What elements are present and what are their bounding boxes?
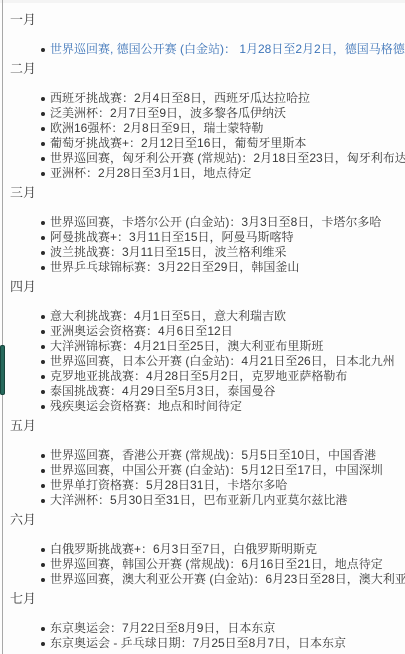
month-section: 七月 东京奥运会：7月22日至8月9日，日本东京 东京奥运会 - 乒乓球日期：7…: [10, 591, 399, 651]
event-item: 波兰挑战赛：3月11日至15日，波兰格利维采: [50, 245, 399, 260]
event-item: 世界巡回赛，中国公开赛 (白金站)：5月12日至17日，中国深圳: [50, 463, 399, 478]
event-list: 世界巡回赛，香港公开赛 (常规战)：5月5日至10日，中国香港 世界巡回赛，中国…: [10, 448, 399, 508]
event-item: 残疾奥运会资格赛：地点和时间待定: [50, 399, 399, 414]
event-text: 阿曼挑战赛+：3月11日至15日，阿曼马斯喀特: [50, 230, 294, 244]
event-text: 亚洲杯：2月28日至3月1日，地点待定: [50, 166, 251, 180]
month-heading: 三月: [10, 185, 399, 200]
event-text: 大洋洲锦标赛：4月21日至25日，澳大利亚布里斯班: [50, 339, 323, 353]
event-text: 世界巡回赛，中国公开赛 (白金站)：5月12日至17日，中国深圳: [50, 463, 383, 477]
event-text: 东京奥运会：7月22日至8月9日，日本东京: [50, 621, 275, 635]
event-text: 克罗地亚挑战赛：4月28日至5月2日，克罗地亚萨格勒布: [50, 369, 347, 383]
event-item: 泛美洲杯：2月7日至9日，波多黎各瓜伊纳沃: [50, 106, 399, 121]
event-text: 世界巡回赛，韩国公开赛 (常规战)：6月16日至21日，地点待定: [50, 557, 383, 571]
month-section: 五月 世界巡回赛，香港公开赛 (常规战)：5月5日至10日，中国香港 世界巡回赛…: [10, 418, 399, 508]
event-item: 阿曼挑战赛+：3月11日至15日，阿曼马斯喀特: [50, 230, 399, 245]
event-item: 世界巡回赛, 德国公开赛 (白金站)： 1月28日至2月2日，德国马格德堡: [50, 42, 399, 57]
event-text: 白俄罗斯挑战赛+：6月3日至7日，白俄罗斯明斯克: [50, 542, 317, 556]
event-item: 世界巡回赛，匈牙利公开赛 (常规站)：2月18日至23日，匈牙利布达佩斯: [50, 151, 399, 166]
month-section: 三月 世界巡回赛，卡塔尔公开 (白金站)：3月3日至8日，卡塔尔多哈 阿曼挑战赛…: [10, 185, 399, 275]
event-item: 意大利挑战赛：4月1日至5日，意大利瑞吉欧: [50, 309, 399, 324]
event-text: 世界巡回赛，香港公开赛 (常规战)：5月5日至10日，中国香港: [50, 448, 376, 462]
event-item: 世界巡回赛，卡塔尔公开 (白金站)：3月3日至8日，卡塔尔多哈: [50, 215, 399, 230]
event-text: 残疾奥运会资格赛：地点和时间待定: [50, 399, 242, 413]
event-text: 世界巡回赛，匈牙利公开赛 (常规站)：2月18日至23日，匈牙利布达佩斯: [50, 151, 405, 165]
month-section: 一月 世界巡回赛, 德国公开赛 (白金站)： 1月28日至2月2日，德国马格德堡: [10, 12, 399, 57]
event-text: 葡萄牙挑战赛+：2月12日至16日，葡萄牙里斯本: [50, 136, 306, 150]
event-item: 白俄罗斯挑战赛+：6月3日至7日，白俄罗斯明斯克: [50, 542, 399, 557]
event-item: 西班牙挑战赛：2月4日至8日，西班牙瓜达拉哈拉: [50, 91, 399, 106]
event-text: 欧洲16强杯：2月8日至9日，瑞士蒙特勒: [50, 121, 263, 135]
event-text: 世界巡回赛，日本公开赛 (白金站)：4月21日至26日，日本北九州: [50, 354, 395, 368]
event-item: 世界单打资格赛：5月28日31日，卡塔尔多哈: [50, 478, 399, 493]
tournament-schedule: 一月 世界巡回赛, 德国公开赛 (白金站)： 1月28日至2月2日，德国马格德堡…: [0, 0, 405, 651]
event-list: 白俄罗斯挑战赛+：6月3日至7日，白俄罗斯明斯克 世界巡回赛，韩国公开赛 (常规…: [10, 542, 399, 587]
month-heading: 七月: [10, 591, 399, 606]
month-heading: 六月: [10, 512, 399, 527]
event-item: 葡萄牙挑战赛+：2月12日至16日，葡萄牙里斯本: [50, 136, 399, 151]
event-list: 西班牙挑战赛：2月4日至8日，西班牙瓜达拉哈拉 泛美洲杯：2月7日至9日，波多黎…: [10, 91, 399, 181]
event-list: 意大利挑战赛：4月1日至5日，意大利瑞吉欧 亚洲奥运会资格赛：4月6日至12日 …: [10, 309, 399, 414]
event-text: 泰国挑战赛：4月29日至5月3日，泰国曼谷: [50, 384, 275, 398]
event-text: 世界巡回赛，澳大利亚公开赛 (白金站)：6月23日至28日，澳大利亚吉朗: [50, 572, 405, 586]
month-section: 二月 西班牙挑战赛：2月4日至8日，西班牙瓜达拉哈拉 泛美洲杯：2月7日至9日，…: [10, 61, 399, 181]
month-heading: 五月: [10, 418, 399, 433]
event-text: 世界单打资格赛：5月28日31日，卡塔尔多哈: [50, 478, 287, 492]
event-list: 世界巡回赛，卡塔尔公开 (白金站)：3月3日至8日，卡塔尔多哈 阿曼挑战赛+：3…: [10, 215, 399, 275]
event-text: 西班牙挑战赛：2月4日至8日，西班牙瓜达拉哈拉: [50, 91, 310, 105]
month-heading: 四月: [10, 279, 399, 294]
event-item: 世界巡回赛，日本公开赛 (白金站)：4月21日至26日，日本北九州: [50, 354, 399, 369]
event-text: 波兰挑战赛：3月11日至15日，波兰格利维采: [50, 245, 286, 259]
event-item: 大洋洲锦标赛：4月21日至25日，澳大利亚布里斯班: [50, 339, 399, 354]
event-list: 世界巡回赛, 德国公开赛 (白金站)： 1月28日至2月2日，德国马格德堡: [10, 42, 399, 57]
event-text: 大洋洲杯：5月30日至31日，巴布亚新几内亚莫尔兹比港: [50, 493, 347, 507]
event-item: 世界乒乓球锦标赛：3月22日至29日，韩国釜山: [50, 260, 399, 275]
event-item: 东京奥运会：7月22日至8月9日，日本东京: [50, 621, 399, 636]
event-item: 世界巡回赛，韩国公开赛 (常规战)：6月16日至21日，地点待定: [50, 557, 399, 572]
event-text: 泛美洲杯：2月7日至9日，波多黎各瓜伊纳沃: [50, 106, 286, 120]
event-text: 意大利挑战赛：4月1日至5日，意大利瑞吉欧: [50, 309, 286, 323]
month-section: 六月 白俄罗斯挑战赛+：6月3日至7日，白俄罗斯明斯克 世界巡回赛，韩国公开赛 …: [10, 512, 399, 587]
month-heading: 一月: [10, 12, 399, 27]
event-text: 亚洲奥运会资格赛：4月6日至12日: [50, 324, 233, 338]
event-item: 大洋洲杯：5月30日至31日，巴布亚新几内亚莫尔兹比港: [50, 493, 399, 508]
event-item: 泰国挑战赛：4月29日至5月3日，泰国曼谷: [50, 384, 399, 399]
event-text: 世界乒乓球锦标赛：3月22日至29日，韩国釜山: [50, 260, 299, 274]
event-item: 世界巡回赛，澳大利亚公开赛 (白金站)：6月23日至28日，澳大利亚吉朗: [50, 572, 399, 587]
month-heading: 二月: [10, 61, 399, 76]
event-item: 欧洲16强杯：2月8日至9日，瑞士蒙特勒: [50, 121, 399, 136]
tournament-link[interactable]: 世界巡回赛, 德国公开赛 (白金站)： 1月28日至2月2日，德国马格德堡: [50, 42, 405, 56]
event-item: 亚洲杯：2月28日至3月1日，地点待定: [50, 166, 399, 181]
event-list: 东京奥运会：7月22日至8月9日，日本东京 东京奥运会 - 乒乓球日期：7月25…: [10, 621, 399, 651]
month-section: 四月 意大利挑战赛：4月1日至5日，意大利瑞吉欧 亚洲奥运会资格赛：4月6日至1…: [10, 279, 399, 414]
event-item: 亚洲奥运会资格赛：4月6日至12日: [50, 324, 399, 339]
event-item: 克罗地亚挑战赛：4月28日至5月2日，克罗地亚萨格勒布: [50, 369, 399, 384]
event-text: 东京奥运会 - 乒乓球日期：7月25日至8月7日，日本东京: [50, 636, 346, 650]
event-text: 世界巡回赛，卡塔尔公开 (白金站)：3月3日至8日，卡塔尔多哈: [50, 215, 381, 229]
event-item: 世界巡回赛，香港公开赛 (常规战)：5月5日至10日，中国香港: [50, 448, 399, 463]
event-item: 东京奥运会 - 乒乓球日期：7月25日至8月7日，日本东京: [50, 636, 399, 651]
